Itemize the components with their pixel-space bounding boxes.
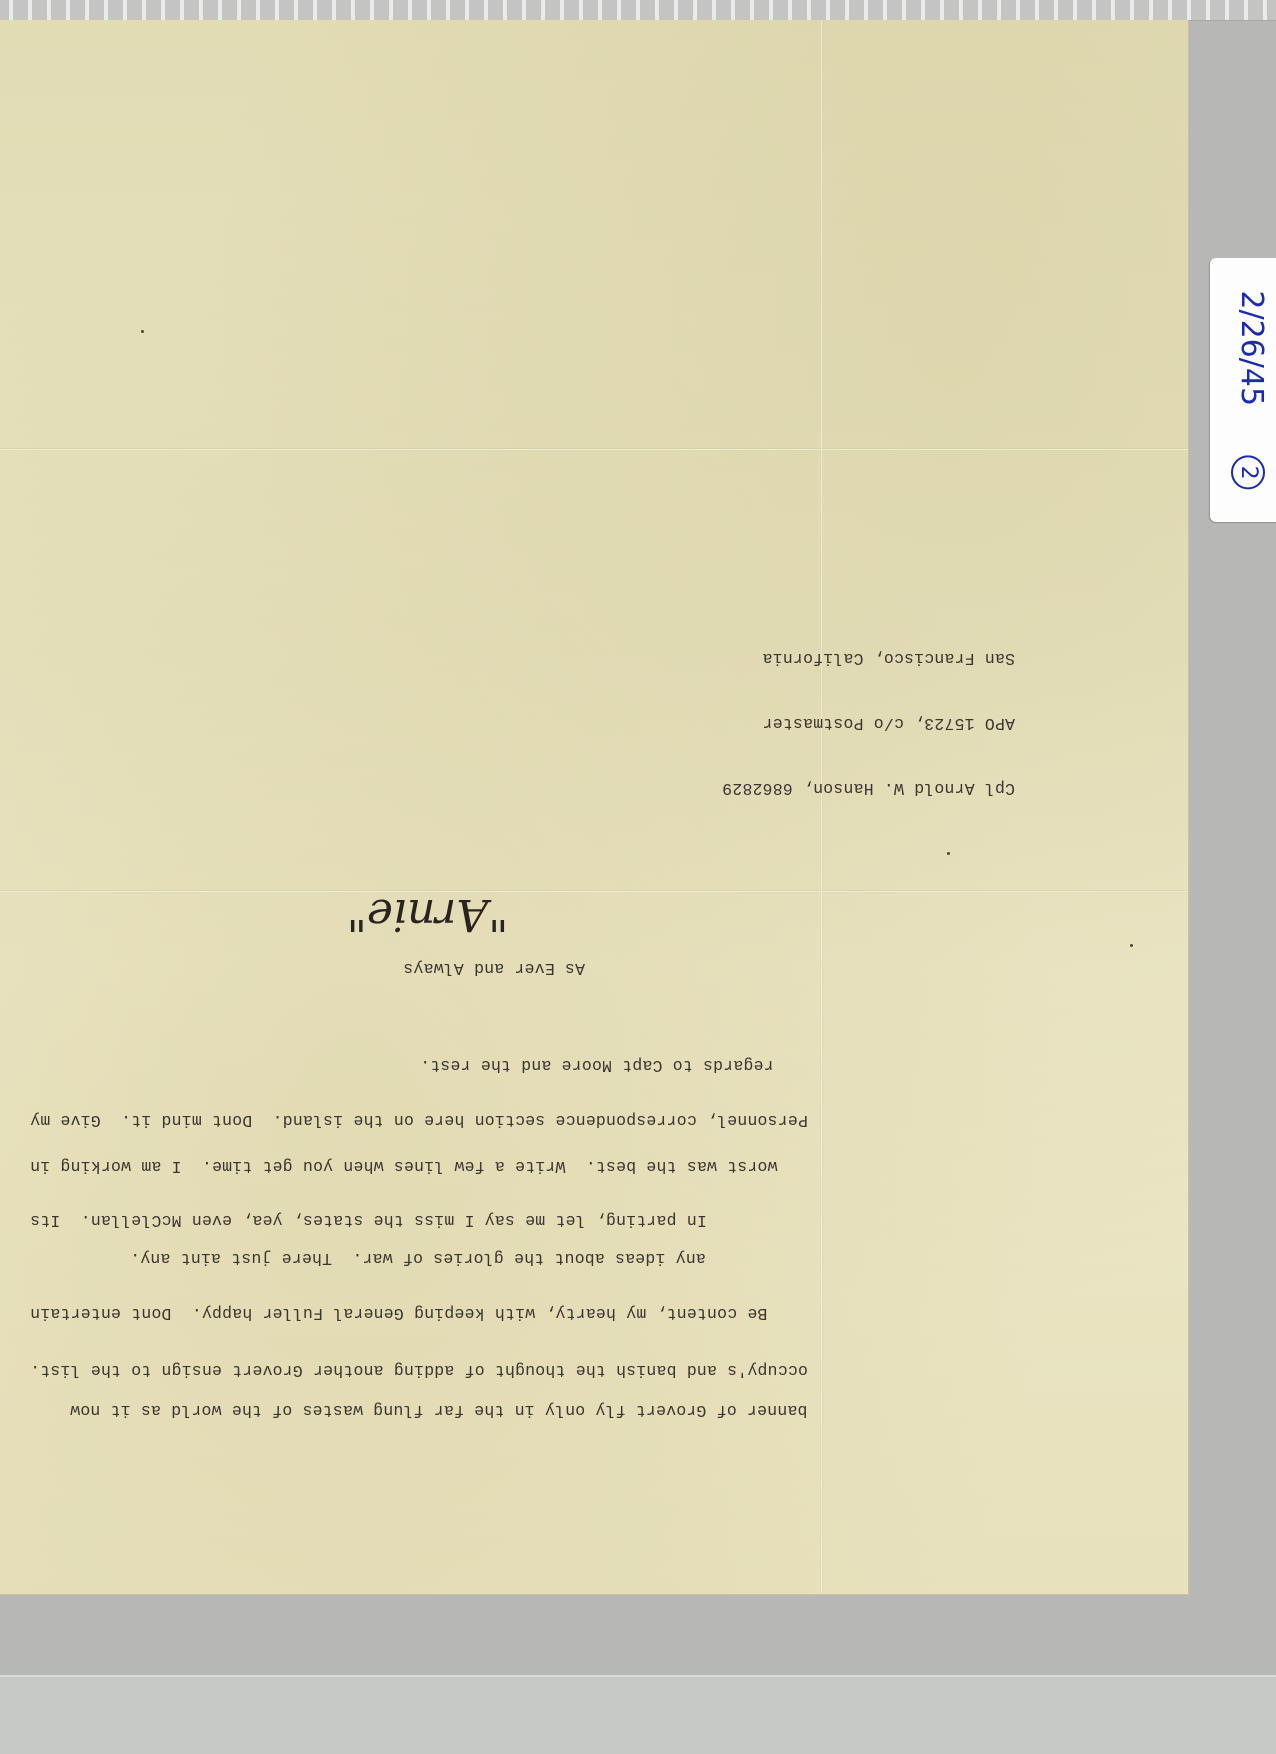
body-line: banner of Grovert fly only in the far fl… xyxy=(70,1401,807,1420)
address-line: San Francisco, California xyxy=(640,645,1015,672)
body-line: Be content, my hearty, with keeping Gene… xyxy=(30,1304,767,1323)
fold-line-horizontal xyxy=(0,448,1188,451)
letter-body: banner of Grovert fly only in the far fl… xyxy=(30,1020,1020,1420)
archive-label-text: 2/26/45 2 xyxy=(1231,270,1269,509)
body-line: In parting, let me say I miss the states… xyxy=(30,1211,707,1230)
label-date: 2/26/45 xyxy=(1234,290,1269,406)
address-line: Cpl Arnold W. Hanson, 6862829 xyxy=(640,775,1015,802)
return-address: Cpl Arnold W. Hanson, 6862829 APO 15723,… xyxy=(640,755,1015,840)
body-line: regards to Capt Moore and the rest. xyxy=(420,1056,774,1075)
paper-speck xyxy=(141,330,144,333)
body-line: worst was the best. Write a few lines wh… xyxy=(30,1157,778,1176)
address-line: APO 15723, c/o Postmaster xyxy=(640,710,1015,737)
body-line: occupy's and banish the thought of addin… xyxy=(30,1361,808,1380)
fold-line-horizontal xyxy=(0,890,1188,893)
sleeve-binder-edge xyxy=(0,0,1276,21)
archive-label-tab: 2/26/45 2 xyxy=(1210,258,1276,522)
label-page-number: 2 xyxy=(1231,456,1265,490)
sleeve-lower-band xyxy=(0,1675,1276,1754)
paper-speck xyxy=(947,852,950,855)
handwritten-signature: "Arnie" xyxy=(340,872,515,957)
body-line: Personnel, correspondence section here o… xyxy=(30,1111,808,1130)
closing-line: As Ever and Always xyxy=(345,955,585,981)
paper-speck xyxy=(1130,944,1133,947)
body-line: any ideas about the glories of war. Ther… xyxy=(130,1249,706,1268)
